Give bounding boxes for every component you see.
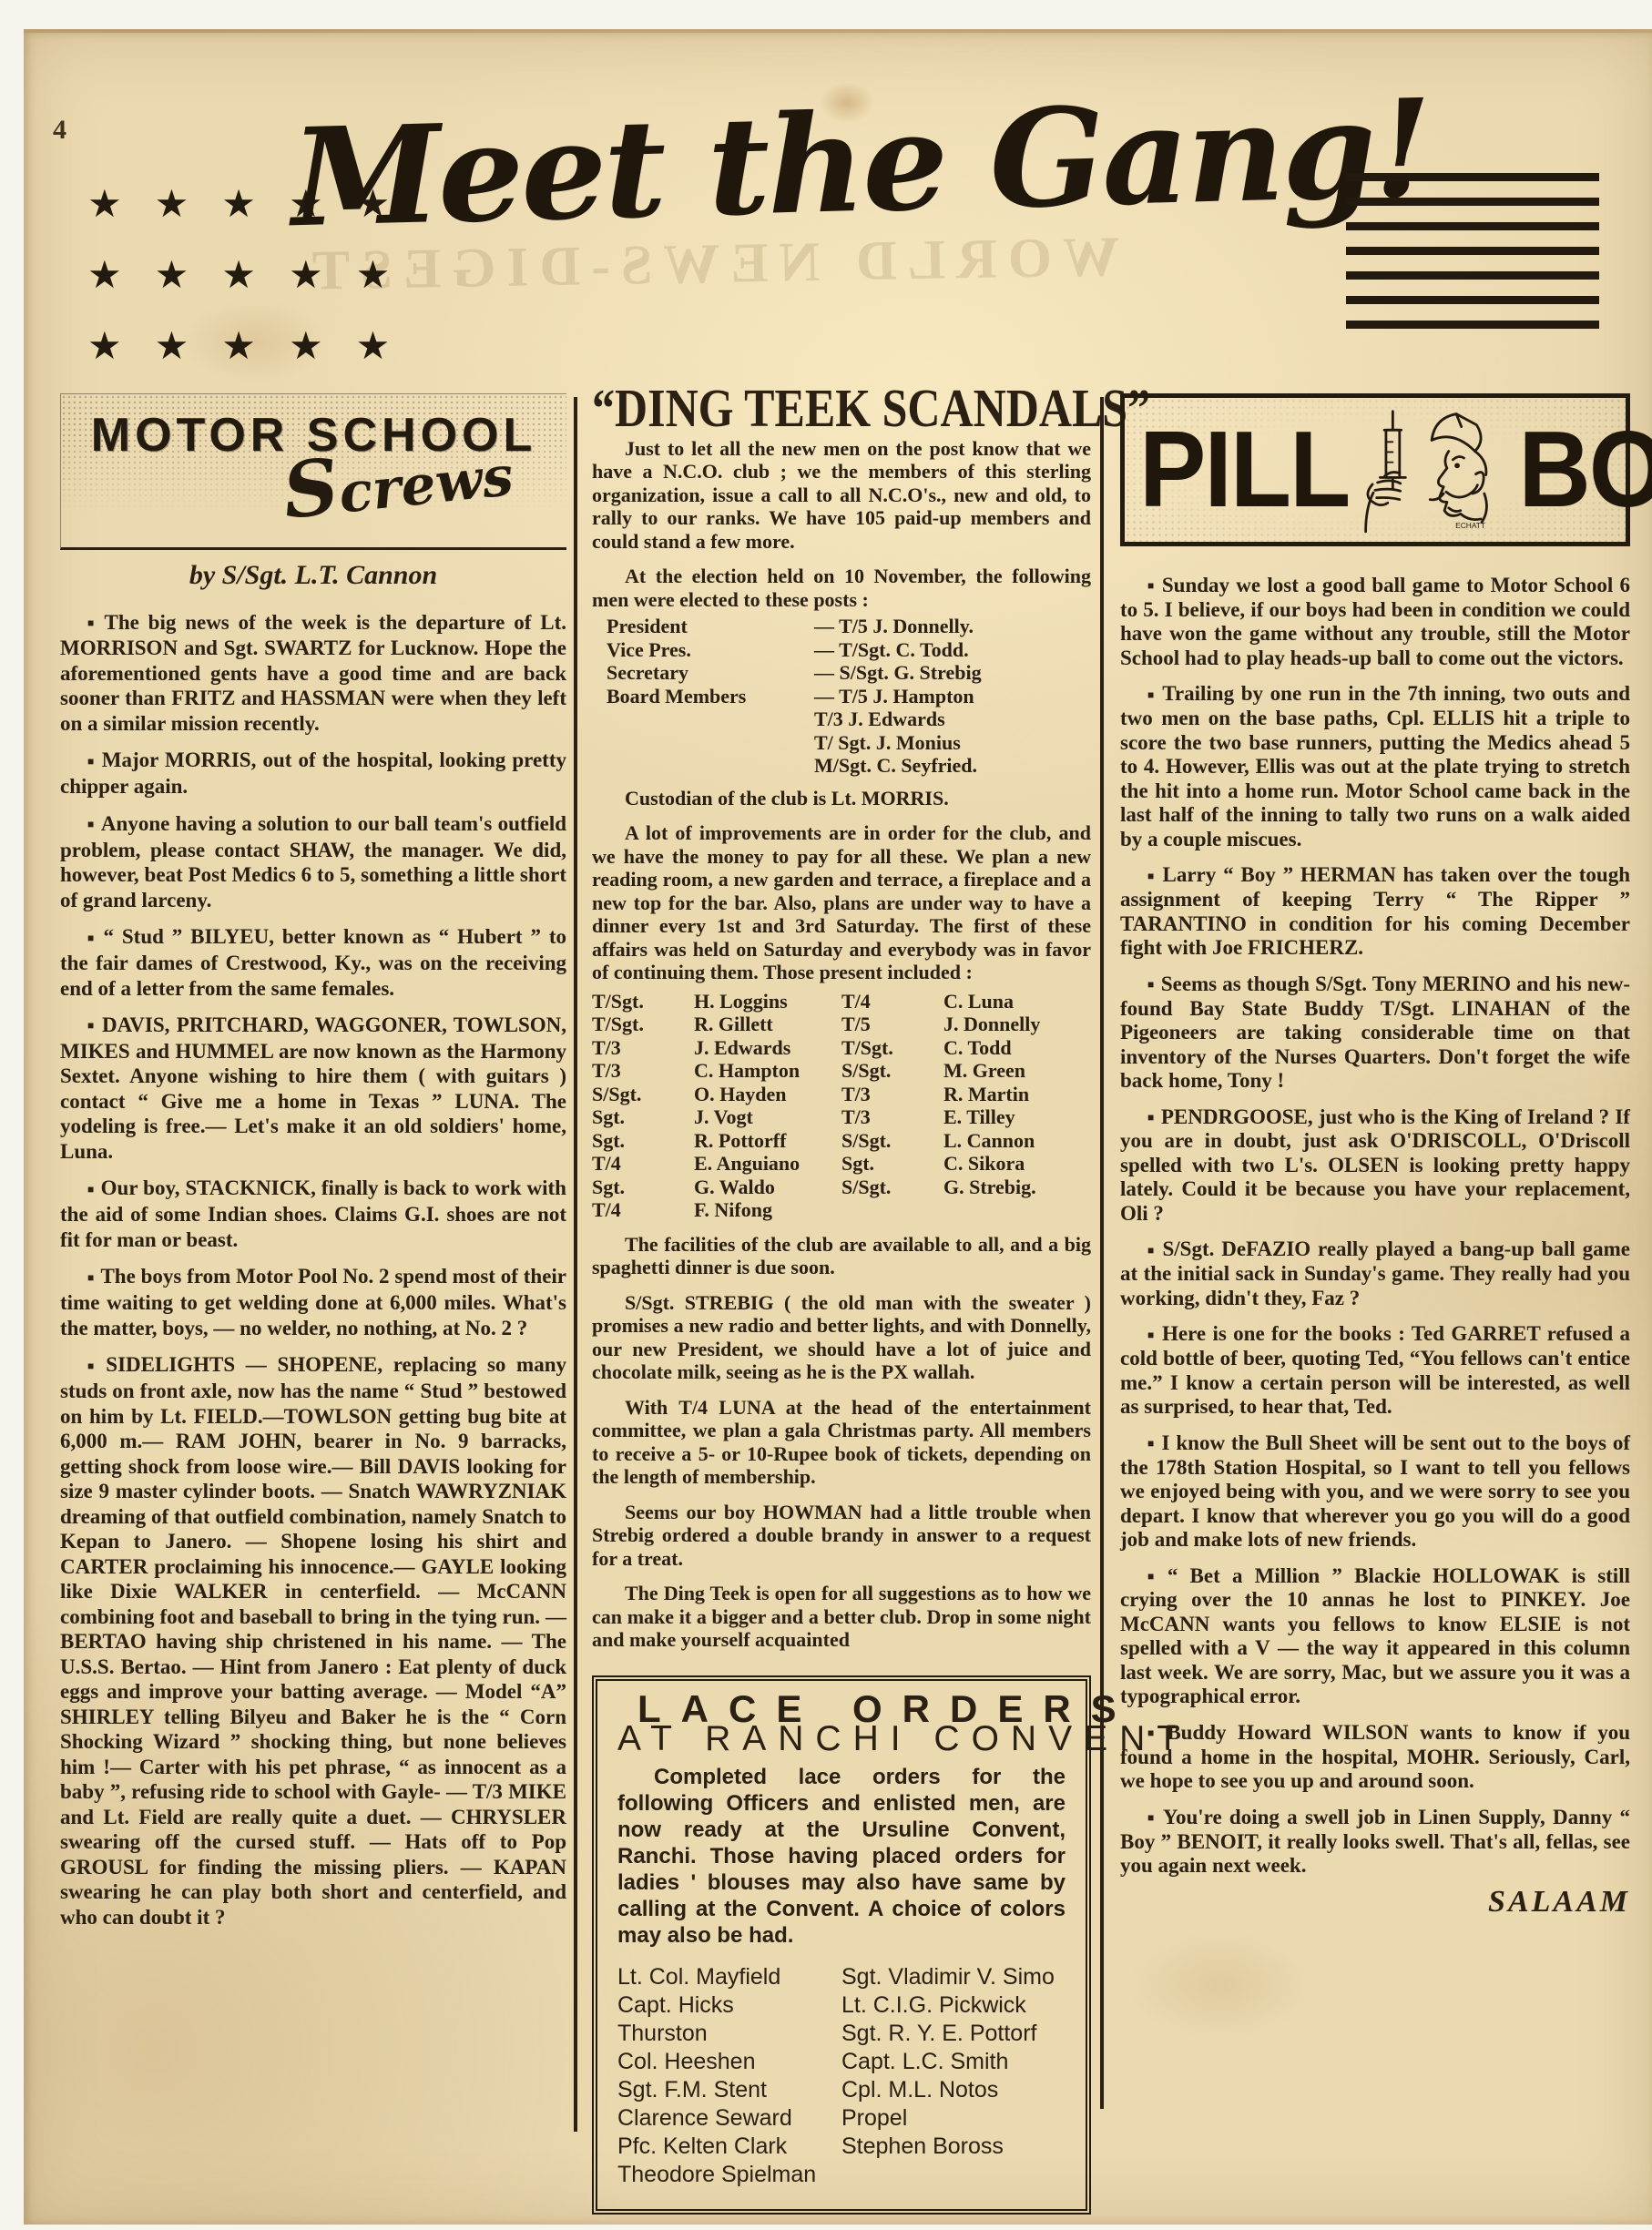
pill-box-column: PILL: [1120, 393, 1630, 1914]
roster-name: G. Strebig.: [943, 1176, 1091, 1199]
byline: by S/Sgt. L.T. Cannon: [60, 563, 566, 588]
paragraph: The big news of the week is the departur…: [60, 610, 566, 737]
column-divider: [574, 397, 577, 2132]
masthead-rule-bars: [1346, 173, 1599, 345]
election-name: T/3 J. Edwards: [814, 708, 1091, 731]
roster-name: G. Waldo: [694, 1176, 841, 1199]
roster-name: R. Martin: [943, 1083, 1091, 1106]
paragraph: PENDRGOOSE, just who is the King of Irel…: [1120, 1105, 1630, 1227]
election-row: President — T/5 J. Donnelly.: [607, 615, 1091, 638]
election-name: — T/Sgt. C. Todd.: [814, 638, 1091, 662]
paragraph: Larry “ Boy ” HERMAN has taken over the …: [1120, 863, 1630, 960]
roster-row: S/Sgt. O. Hayden: [592, 1083, 841, 1106]
election-post: Board Members: [607, 685, 814, 708]
paragraph: Seems as though S/Sgt. Tony MERINO and h…: [1120, 972, 1630, 1094]
roster-rank: S/Sgt.: [592, 1083, 694, 1106]
roster-rank: T/Sgt.: [841, 1036, 943, 1060]
election-name: M/Sgt. C. Seyfried.: [814, 754, 1091, 778]
lace-orders-title: LACE ORDERS: [617, 1697, 1066, 1721]
roster-name: C. Luna: [943, 990, 1091, 1013]
rule-bar: [1346, 321, 1599, 329]
ding-teek-column: “DING TEEK SCANDALS” Just to let all the…: [592, 393, 1091, 2215]
roster-name: J. Edwards: [694, 1036, 841, 1060]
lace-orders-names: Lt. Col. MayfieldCapt. HicksThurstonCol.…: [617, 1963, 1066, 2189]
paragraph: Buddy Howard WILSON wants to know if you…: [1120, 1721, 1630, 1794]
column-signoff: SALAAM: [1120, 1890, 1630, 1915]
roster-rank: T/5: [841, 1013, 943, 1036]
paragraph: I know the Bull Sheet will be sent out t…: [1120, 1431, 1630, 1553]
lace-name: Sgt. Vladimir V. Simo: [841, 1963, 1066, 1991]
election-name: T/ Sgt. J. Monius: [814, 731, 1091, 755]
pill-box-word-right: BOX: [1518, 457, 1652, 484]
roster-rank: T/4: [592, 1198, 694, 1222]
roster-row: T/4 E. Anguiano: [592, 1152, 841, 1176]
rule-bar: [1346, 247, 1599, 255]
roster-row: T/3 E. Tilley: [841, 1105, 1091, 1129]
roster-rank: T/3: [841, 1083, 943, 1106]
lace-name: Sgt. R. Y. E. Pottorf: [841, 2020, 1066, 2048]
lace-name: Capt. L.C. Smith: [841, 2048, 1066, 2076]
rule-bar: [1346, 222, 1599, 230]
paragraph: Trailing by one run in the 7th inning, t…: [1120, 682, 1630, 851]
roster-rank: S/Sgt.: [841, 1129, 943, 1153]
roster-rank: T/Sgt.: [592, 1013, 694, 1036]
roster-rank: T/4: [841, 990, 943, 1013]
lace-name: Capt. Hicks: [617, 1991, 841, 2020]
roster-row: T/Sgt. R. Gillett: [592, 1013, 841, 1036]
roster-row: T/4 F. Nifong: [592, 1198, 841, 1222]
motor-school-logo-script: Screws: [282, 455, 515, 514]
paragraph: A lot of improvements are in order for t…: [592, 821, 1091, 984]
roster-row: T/5 J. Donnelly: [841, 1013, 1091, 1036]
roster-name: M. Green: [943, 1059, 1091, 1083]
lace-name: Pfc. Kelten Clark: [617, 2133, 841, 2161]
roster-rank: T/Sgt.: [592, 990, 694, 1013]
roster-rank: S/Sgt.: [841, 1176, 943, 1199]
paragraph: The boys from Motor Pool No. 2 spend mos…: [60, 1264, 566, 1340]
roster-row: Sgt. R. Pottorff: [592, 1129, 841, 1153]
attendee-roster: T/Sgt. H. Loggins T/Sgt. R. Gillett T/3 …: [592, 990, 1091, 1222]
election-name: — T/5 J. Hampton: [814, 685, 1091, 708]
election-row: Vice Pres. — T/Sgt. C. Todd.: [607, 638, 1091, 662]
rule-bar: [1346, 198, 1599, 206]
roster-rank: T/3: [592, 1036, 694, 1060]
roster-row: T/3 R. Martin: [841, 1083, 1091, 1106]
roster-row: Sgt. G. Waldo: [592, 1176, 841, 1199]
lace-name: Clarence Seward: [617, 2104, 841, 2133]
page-title: Meet the Gang!: [290, 76, 1149, 258]
roster-rank: T/3: [592, 1059, 694, 1083]
paragraph: The Ding Teek is open for all suggestion…: [592, 1582, 1091, 1652]
election-post: [607, 708, 814, 731]
rule-bar: [1346, 271, 1599, 280]
roster-row: T/Sgt. H. Loggins: [592, 990, 841, 1013]
paragraph: You're doing a swell job in Linen Supply…: [1120, 1806, 1630, 1879]
roster-row: T/3 J. Edwards: [592, 1036, 841, 1060]
roster-name: F. Nifong: [694, 1198, 841, 1222]
lace-orders-box: LACE ORDERS AT RANCHI CONVENT Completed …: [592, 1675, 1091, 2215]
election-row: T/ Sgt. J. Monius: [607, 731, 1091, 755]
election-post: [607, 754, 814, 778]
election-name: — T/5 J. Donnelly.: [814, 615, 1091, 638]
paragraph: Just to let all the new men on the post …: [592, 437, 1091, 554]
roster-row: T/4 C. Luna: [841, 990, 1091, 1013]
roster-name: C. Sikora: [943, 1152, 1091, 1176]
election-row: Secretary — S/Sgt. G. Strebig: [607, 661, 1091, 685]
roster-rank: Sgt.: [592, 1129, 694, 1153]
paragraph: Here is one for the books : Ted GARRET r…: [1120, 1322, 1630, 1419]
roster-column-right: T/4 C. Luna T/5 J. Donnelly T/Sgt. C. To…: [841, 990, 1091, 1222]
roster-name: H. Loggins: [694, 990, 841, 1013]
roster-rank: S/Sgt.: [841, 1059, 943, 1083]
paragraph: Major MORRIS, out of the hospital, looki…: [60, 748, 566, 799]
election-name: — S/Sgt. G. Strebig: [814, 661, 1091, 685]
paragraph: With T/4 LUNA at the head of the enterta…: [592, 1396, 1091, 1489]
paragraph: Seems our boy HOWMAN had a little troubl…: [592, 1501, 1091, 1571]
paragraph: “ Bet a Million ” Blackie HOLLOWAK is st…: [1120, 1564, 1630, 1709]
roster-name: L. Cannon: [943, 1129, 1091, 1153]
motor-school-paragraphs: The big news of the week is the departur…: [60, 610, 566, 1930]
roster-name: O. Hayden: [694, 1083, 841, 1106]
paragraph: At the election held on 10 November, the…: [592, 565, 1091, 611]
roster-row: Sgt. J. Vogt: [592, 1105, 841, 1129]
doctor-syringe-caricature-illustration: ECHATT: [1349, 403, 1518, 536]
roster-rank: T/4: [592, 1152, 694, 1176]
paragraph: Anyone having a solution to our ball tea…: [60, 811, 566, 912]
roster-name: C. Todd: [943, 1036, 1091, 1060]
lace-name: Lt. C.I.G. Pickwick: [841, 1991, 1066, 2020]
lace-orders-subtitle: AT RANCHI CONVENT: [617, 1727, 1066, 1751]
paragraph: “ Stud ” BILYEU, better known as “ Huber…: [60, 924, 566, 1001]
paragraph: S/Sgt. STREBIG ( the old man with the sw…: [592, 1291, 1091, 1384]
roster-name: R. Pottorff: [694, 1129, 841, 1153]
paragraph: SIDELIGHTS — SHOPENE, replacing so many …: [60, 1352, 566, 1930]
pill-box-word-left: PILL: [1139, 457, 1349, 484]
rule-bar: [1346, 173, 1599, 181]
lace-name: Theodore Spielman: [617, 2161, 841, 2189]
paragraph: Our boy, STACKNICK, finally is back to w…: [60, 1176, 566, 1252]
lace-name: Sgt. F.M. Stent: [617, 2076, 841, 2104]
roster-name: J. Donnelly: [943, 1013, 1091, 1036]
roster-name: E. Anguiano: [694, 1152, 841, 1176]
lace-orders-body: Completed lace orders for the following …: [617, 1764, 1066, 1949]
election-post: Secretary: [607, 661, 814, 685]
roster-rank: T/3: [841, 1105, 943, 1129]
pill-box-header: PILL: [1120, 393, 1630, 546]
lace-name: Thurston: [617, 2020, 841, 2048]
artist-signature: ECHATT: [1456, 521, 1486, 530]
page-number: 4: [53, 115, 66, 146]
roster-row: T/3 C. Hampton: [592, 1059, 841, 1083]
election-results-list: President — T/5 J. Donnelly. Vice Pres. …: [607, 615, 1091, 778]
lace-name: Col. Heeshen: [617, 2048, 841, 2076]
lace-name: Lt. Col. Mayfield: [617, 1963, 841, 1991]
roster-row: T/Sgt. C. Todd: [841, 1036, 1091, 1060]
paragraph: Sunday we lost a good ball game to Motor…: [1120, 574, 1630, 670]
lace-names-left: Lt. Col. MayfieldCapt. HicksThurstonCol.…: [617, 1963, 841, 2189]
election-post: [607, 731, 814, 755]
election-row: M/Sgt. C. Seyfried.: [607, 754, 1091, 778]
election-post: Vice Pres.: [607, 638, 814, 662]
election-row: Board Members — T/5 J. Hampton: [607, 685, 1091, 708]
rule-bar: [1346, 296, 1599, 304]
roster-name: J. Vogt: [694, 1105, 841, 1129]
lace-name: Cpl. M.L. Notos: [841, 2076, 1066, 2104]
election-post: President: [607, 615, 814, 638]
column-divider: [1100, 397, 1104, 2109]
lace-name: Stephen Boross: [841, 2133, 1066, 2161]
star-row-icon: ★★★★★: [87, 311, 423, 382]
roster-row: S/Sgt. G. Strebig.: [841, 1176, 1091, 1199]
pill-box-paragraphs: Sunday we lost a good ball game to Motor…: [1120, 574, 1630, 1879]
election-row: T/3 J. Edwards: [607, 708, 1091, 731]
roster-name: C. Hampton: [694, 1059, 841, 1083]
roster-rank: Sgt.: [841, 1152, 943, 1176]
roster-row: S/Sgt. L. Cannon: [841, 1129, 1091, 1153]
motor-school-logo: MOTOR SCHOOL Screws: [60, 393, 566, 550]
paragraph: The facilities of the club are available…: [592, 1233, 1091, 1279]
motor-school-column: MOTOR SCHOOL Screws by S/Sgt. L.T. Canno…: [60, 393, 566, 1941]
roster-rank: Sgt.: [592, 1176, 694, 1199]
lace-names-right: Sgt. Vladimir V. SimoLt. C.I.G. Pickwick…: [841, 1963, 1066, 2189]
roster-name: R. Gillett: [694, 1013, 841, 1036]
paragraph: S/Sgt. DeFAZIO really played a bang-up b…: [1120, 1237, 1630, 1310]
roster-row: Sgt. C. Sikora: [841, 1152, 1091, 1176]
roster-row: S/Sgt. M. Green: [841, 1059, 1091, 1083]
section-title: “DING TEEK SCANDALS”: [592, 395, 1091, 423]
lace-name: Propel: [841, 2104, 1066, 2133]
paragraph: DAVIS, PRITCHARD, WAGGONER, TOWLSON, MIK…: [60, 1013, 566, 1164]
paragraph: Custodian of the club is Lt. MORRIS.: [592, 787, 1091, 810]
roster-name: E. Tilley: [943, 1105, 1091, 1129]
roster-rank: Sgt.: [592, 1105, 694, 1129]
roster-column-left: T/Sgt. H. Loggins T/Sgt. R. Gillett T/3 …: [592, 990, 841, 1222]
